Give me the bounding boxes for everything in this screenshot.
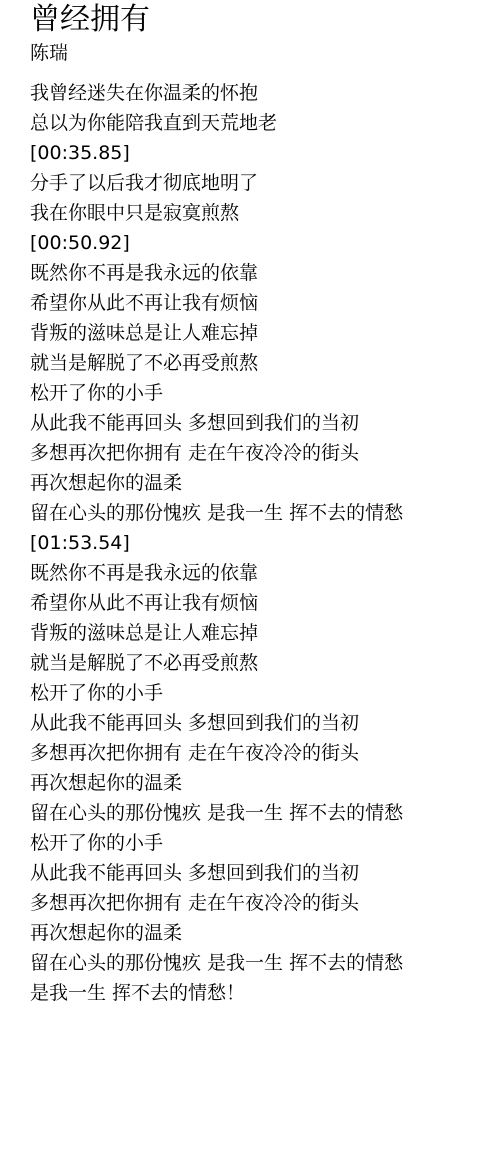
lyric-line: 从此我不能再回头 多想回到我们的当初 xyxy=(30,858,403,888)
lyric-line: 背叛的滋味总是让人难忘掉 xyxy=(30,618,403,648)
lyric-line: 希望你从此不再让我有烦恼 xyxy=(30,288,403,318)
lyric-line: 多想再次把你拥有 走在午夜冷冷的街头 xyxy=(30,438,403,468)
lyric-line: 留在心头的那份愧疚 是我一生 挥不去的情愁 xyxy=(30,948,403,978)
lyric-line: 从此我不能再回头 多想回到我们的当初 xyxy=(30,708,403,738)
artist-name: 陈瑞 xyxy=(30,40,68,66)
lyric-line: 总以为你能陪我直到天荒地老 xyxy=(30,108,403,138)
lyric-timestamp: [01:53.54] xyxy=(30,528,403,558)
lyric-line: 是我一生 挥不去的情愁！ xyxy=(30,978,403,1008)
lyric-line: 我曾经迷失在你温柔的怀抱 xyxy=(30,78,403,108)
lyric-line: 从此我不能再回头 多想回到我们的当初 xyxy=(30,408,403,438)
lyric-line: 留在心头的那份愧疚 是我一生 挥不去的情愁 xyxy=(30,798,403,828)
lyric-timestamp: [00:35.85] xyxy=(30,138,403,168)
lyric-timestamp: [00:50.92] xyxy=(30,228,403,258)
lyric-line: 留在心头的那份愧疚 是我一生 挥不去的情愁 xyxy=(30,498,403,528)
lyric-line: 松开了你的小手 xyxy=(30,828,403,858)
lyric-line: 再次想起你的温柔 xyxy=(30,918,403,948)
lyric-line: 就当是解脱了不必再受煎熬 xyxy=(30,648,403,678)
song-title: 曾经拥有 xyxy=(30,0,150,40)
lyric-line: 再次想起你的温柔 xyxy=(30,768,403,798)
lyrics-list: 我曾经迷失在你温柔的怀抱 总以为你能陪我直到天荒地老 [00:35.85] 分手… xyxy=(30,78,403,1008)
lyric-line: 我在你眼中只是寂寞煎熬 xyxy=(30,198,403,228)
lyric-line: 既然你不再是我永远的依靠 xyxy=(30,258,403,288)
lyric-line: 松开了你的小手 xyxy=(30,378,403,408)
lyric-line: 希望你从此不再让我有烦恼 xyxy=(30,588,403,618)
lyrics-page: 曾经拥有 陈瑞 我曾经迷失在你温柔的怀抱 总以为你能陪我直到天荒地老 [00:3… xyxy=(0,0,500,1150)
lyric-line: 松开了你的小手 xyxy=(30,678,403,708)
lyric-line: 背叛的滋味总是让人难忘掉 xyxy=(30,318,403,348)
lyric-line: 分手了以后我才彻底地明了 xyxy=(30,168,403,198)
lyric-line: 就当是解脱了不必再受煎熬 xyxy=(30,348,403,378)
lyric-line: 多想再次把你拥有 走在午夜冷冷的街头 xyxy=(30,738,403,768)
lyric-line: 再次想起你的温柔 xyxy=(30,468,403,498)
lyric-line: 既然你不再是我永远的依靠 xyxy=(30,558,403,588)
lyric-line: 多想再次把你拥有 走在午夜冷冷的街头 xyxy=(30,888,403,918)
